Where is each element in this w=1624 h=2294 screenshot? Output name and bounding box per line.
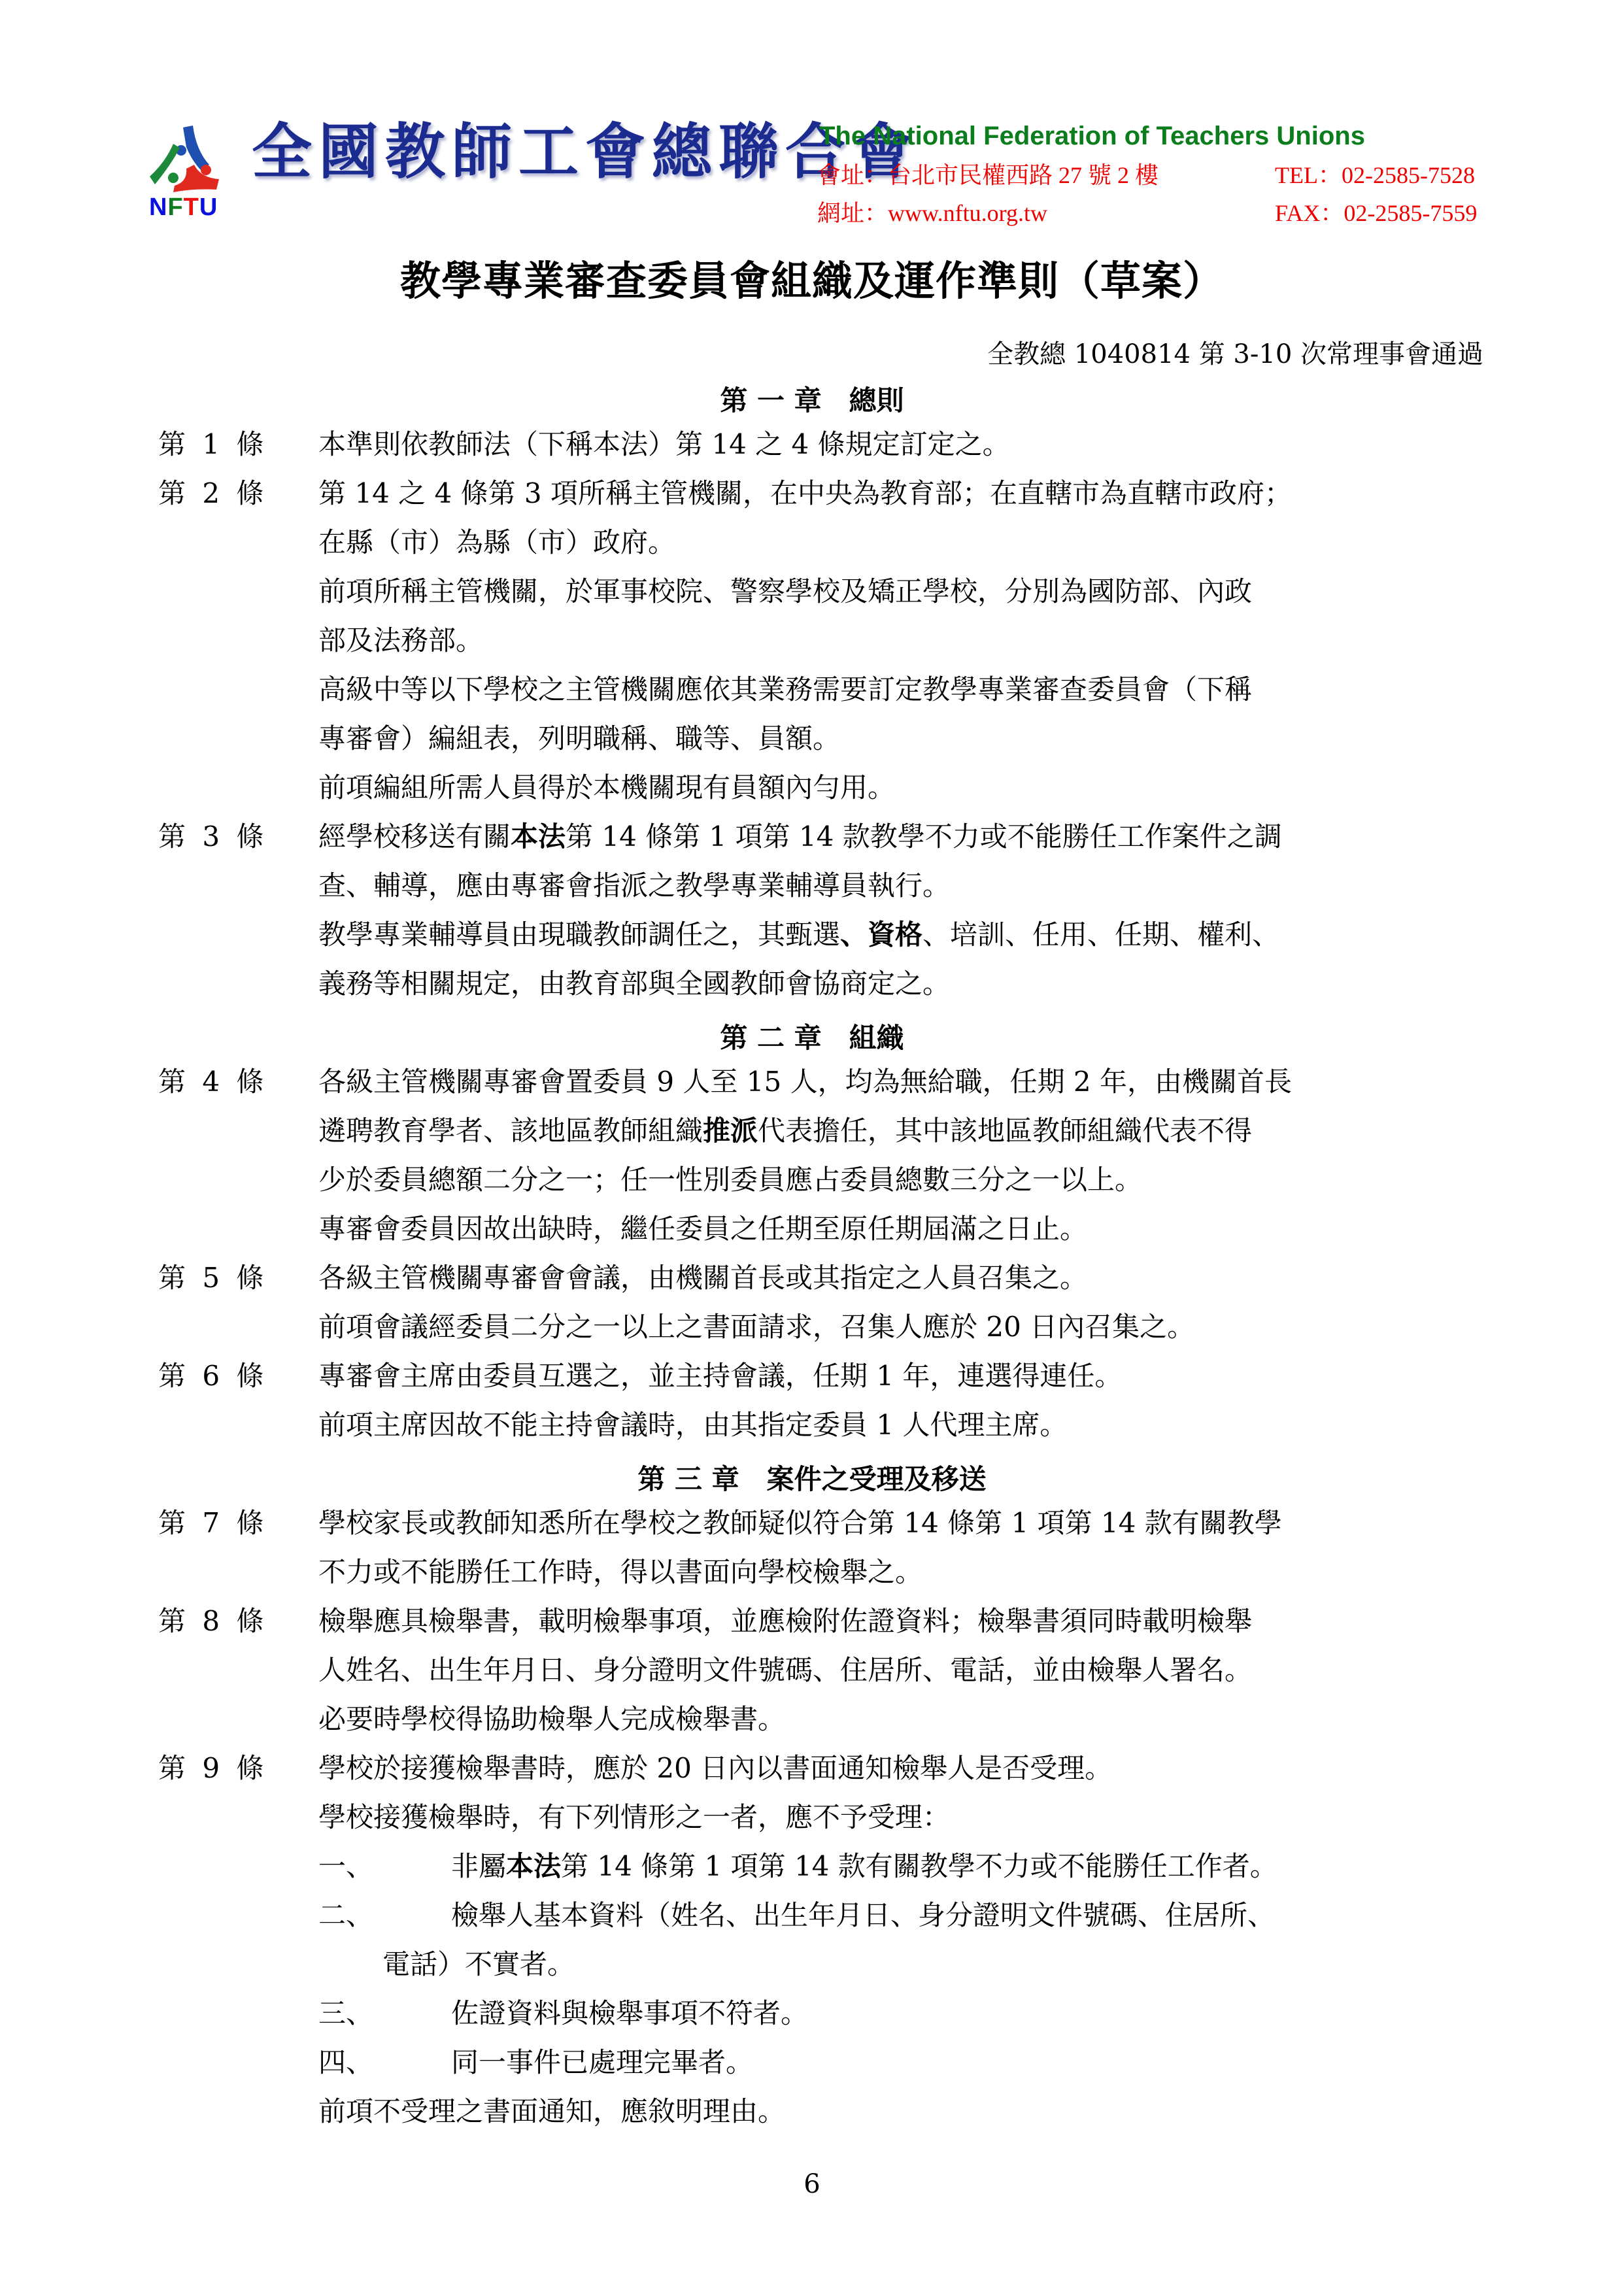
article-3-line: 經學校移送有關本法第 14 條第 1 項第 14 款教學不力或不能勝任工作案件之…: [318, 820, 1282, 853]
article-9-closing: 前項不受理之書面通知，應敘明理由。: [318, 2095, 785, 2128]
article-label-9: 第 9 條: [158, 1752, 267, 1785]
article-7-line: 不力或不能勝任工作時，得以書面向學校檢舉之。: [318, 1556, 922, 1589]
article-7-line: 學校家長或教師知悉所在學校之教師疑似符合第 14 條第 1 項第 14 款有關教…: [318, 1507, 1282, 1540]
article-8-line: 必要時學校得協助檢舉人完成檢舉書。: [318, 1703, 785, 1736]
chapter-heading-2: 第 二 章 組織: [0, 1017, 1624, 1056]
telephone: TEL：02-2585-7528: [1275, 157, 1475, 190]
website: 網址：www.nftu.org.tw: [817, 195, 1047, 228]
article-2-line: 高級中等以下學校之主管機關應依其業務需要訂定教學專業審查委員會（下稱: [318, 673, 1252, 706]
article-6-line: 專審會主席由委員互選之，並主持會議，任期 1 年，連選得連任。: [318, 1360, 1122, 1392]
article-2-line: 部及法務部。: [318, 624, 483, 657]
list-item-label: 四、: [318, 2046, 373, 2079]
approval-note: 全教總 1040814 第 3-10 次常理事會通過: [987, 333, 1483, 371]
list-item-label: 一、: [318, 1850, 373, 1883]
article-4-line: 各級主管機關專審會置委員 9 人至 15 人，均為無給職，任期 2 年，由機關首…: [318, 1066, 1292, 1098]
logo-abbreviation: NFTU: [149, 195, 218, 220]
list-item-text: 佐證資料與檢舉事項不符者。: [451, 1997, 808, 2030]
nftu-logo-icon: [147, 124, 226, 196]
article-2-line: 第 14 之 4 條第 3 項所稱主管機關，在中央為教育部；在直轄市為直轄市政府…: [318, 477, 1292, 510]
article-label-3: 第 3 條: [158, 820, 267, 853]
article-label-5: 第 5 條: [158, 1262, 267, 1294]
article-9-line: 學校於接獲檢舉書時，應於 20 日內以書面通知檢舉人是否受理。: [318, 1752, 1112, 1785]
document-title: 教學專業審查委員會組織及運作準則（草案）: [0, 248, 1624, 307]
list-item-text: 同一事件已處理完畢者。: [451, 2046, 753, 2079]
article-2-line: 前項編組所需人員得於本機關現有員額內勻用。: [318, 771, 895, 804]
article-6-line: 前項主席因故不能主持會議時，由其指定委員 1 人代理主席。: [318, 1409, 1067, 1442]
article-9-line: 學校接獲檢舉時，有下列情形之一者，應不予受理：: [318, 1801, 950, 1834]
article-5-line: 各級主管機關專審會會議，由機關首長或其指定之人員召集之。: [318, 1262, 1087, 1294]
emphasis-text: 推派: [703, 1115, 758, 1147]
letterhead: NFTU 全國教師工會總聯合會 The National Federation …: [0, 0, 1624, 235]
list-item-label: 二、: [318, 1899, 373, 1932]
article-2-line: 前項所稱主管機關，於軍事校院、警察學校及矯正學校，分別為國防部、內政: [318, 575, 1252, 608]
chapter-heading-3: 第 三 章 案件之受理及移送: [0, 1458, 1624, 1497]
list-item-text-continued: 電話）不實者。: [382, 1948, 575, 1981]
article-label-1: 第 1 條: [158, 428, 267, 461]
article-label-4: 第 4 條: [158, 1066, 267, 1098]
list-item-text: 檢舉人基本資料（姓名、出生年月日、身分證明文件號碼、住居所、: [451, 1899, 1275, 1932]
article-3-line: 教學專業輔導員由現職教師調任之，其甄選、資格、培訓、任用、任期、權利、: [318, 919, 1279, 951]
org-name-english: The National Federation of Teachers Unio…: [819, 122, 1365, 151]
article-4-line: 遴聘教育學者、該地區教師組織推派代表擔任，其中該地區教師組織代表不得: [318, 1115, 1252, 1147]
article-label-2: 第 2 條: [158, 477, 267, 510]
article-8-line: 人姓名、出生年月日、身分證明文件號碼、住居所、電話，並由檢舉人署名。: [318, 1654, 1252, 1687]
article-label-8: 第 8 條: [158, 1605, 267, 1638]
chapter-heading-1: 第 一 章 總則: [0, 379, 1624, 418]
article-4-line: 少於委員總額二分之一；任一性別委員應占委員總數三分之一以上。: [318, 1164, 1142, 1196]
article-5-line: 前項會議經委員二分之一以上之書面請求，召集人應於 20 日內召集之。: [318, 1311, 1194, 1343]
article-label-7: 第 7 條: [158, 1507, 267, 1540]
article-2-line: 專審會）編組表，列明職稱、職等、員額。: [318, 722, 840, 755]
article-1-line: 本準則依教師法（下稱本法）第 14 之 4 條規定訂定之。: [318, 428, 1010, 461]
emphasis-text: 本法: [506, 1850, 561, 1882]
article-8-line: 檢舉應具檢舉書，載明檢舉事項，並應檢附佐證資料；檢舉書須同時載明檢舉: [318, 1605, 1252, 1638]
fax: FAX：02-2585-7559: [1275, 195, 1477, 228]
address: 會址：台北市民權西路 27 號 2 樓: [817, 157, 1159, 190]
article-4-line: 專審會委員因故出缺時，繼任委員之任期至原任期屆滿之日止。: [318, 1213, 1087, 1245]
emphasis-text: 、資格: [840, 919, 922, 951]
emphasis-text: 本法: [511, 820, 566, 852]
article-2-line: 在縣（市）為縣（市）政府。: [318, 526, 675, 559]
page-number: 6: [0, 2169, 1624, 2199]
list-item-label: 三、: [318, 1997, 373, 2030]
article-3-line: 查、輔導，應由專審會指派之教學專業輔導員執行。: [318, 869, 950, 902]
list-item-text: 非屬本法第 14 條第 1 項第 14 款有關教學不力或不能勝任工作者。: [451, 1850, 1277, 1883]
article-label-6: 第 6 條: [158, 1360, 267, 1392]
article-3-line: 義務等相關規定，由教育部與全國教師會協商定之。: [318, 968, 950, 1000]
